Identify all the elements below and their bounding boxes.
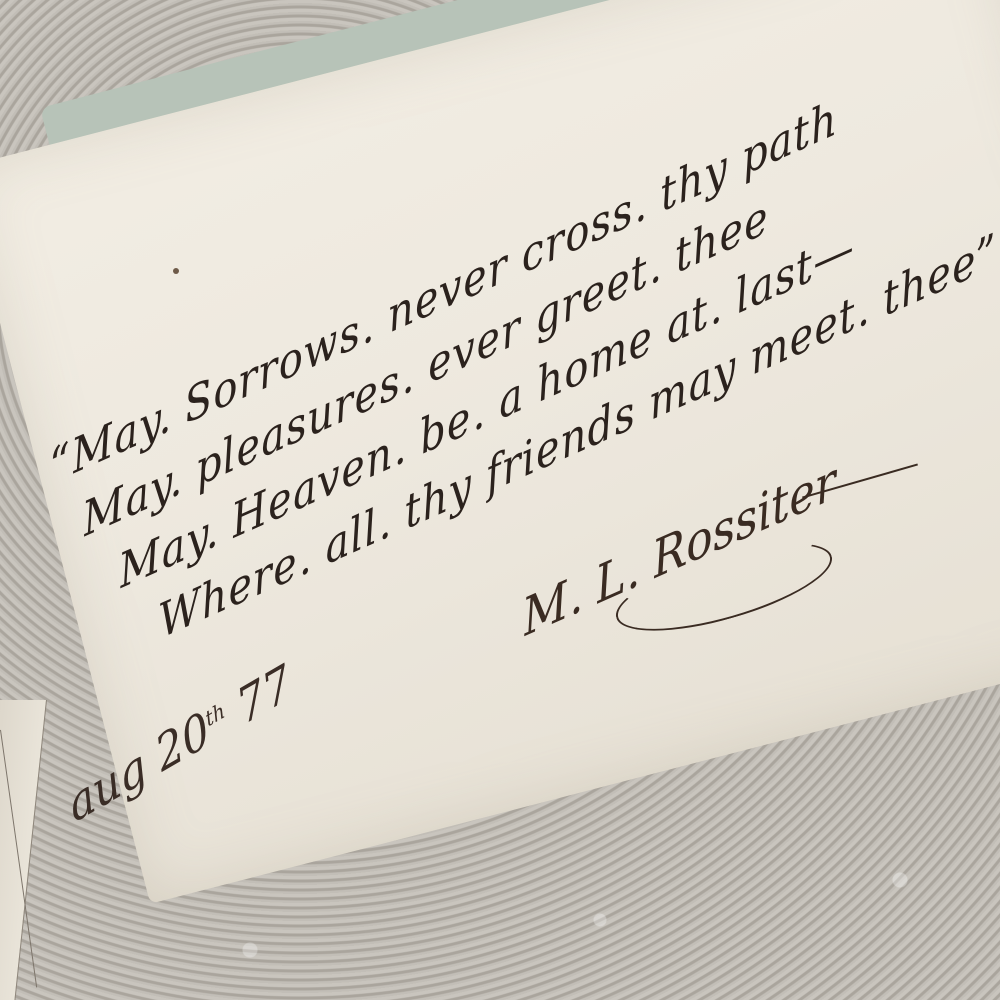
ink-spot xyxy=(173,268,179,274)
